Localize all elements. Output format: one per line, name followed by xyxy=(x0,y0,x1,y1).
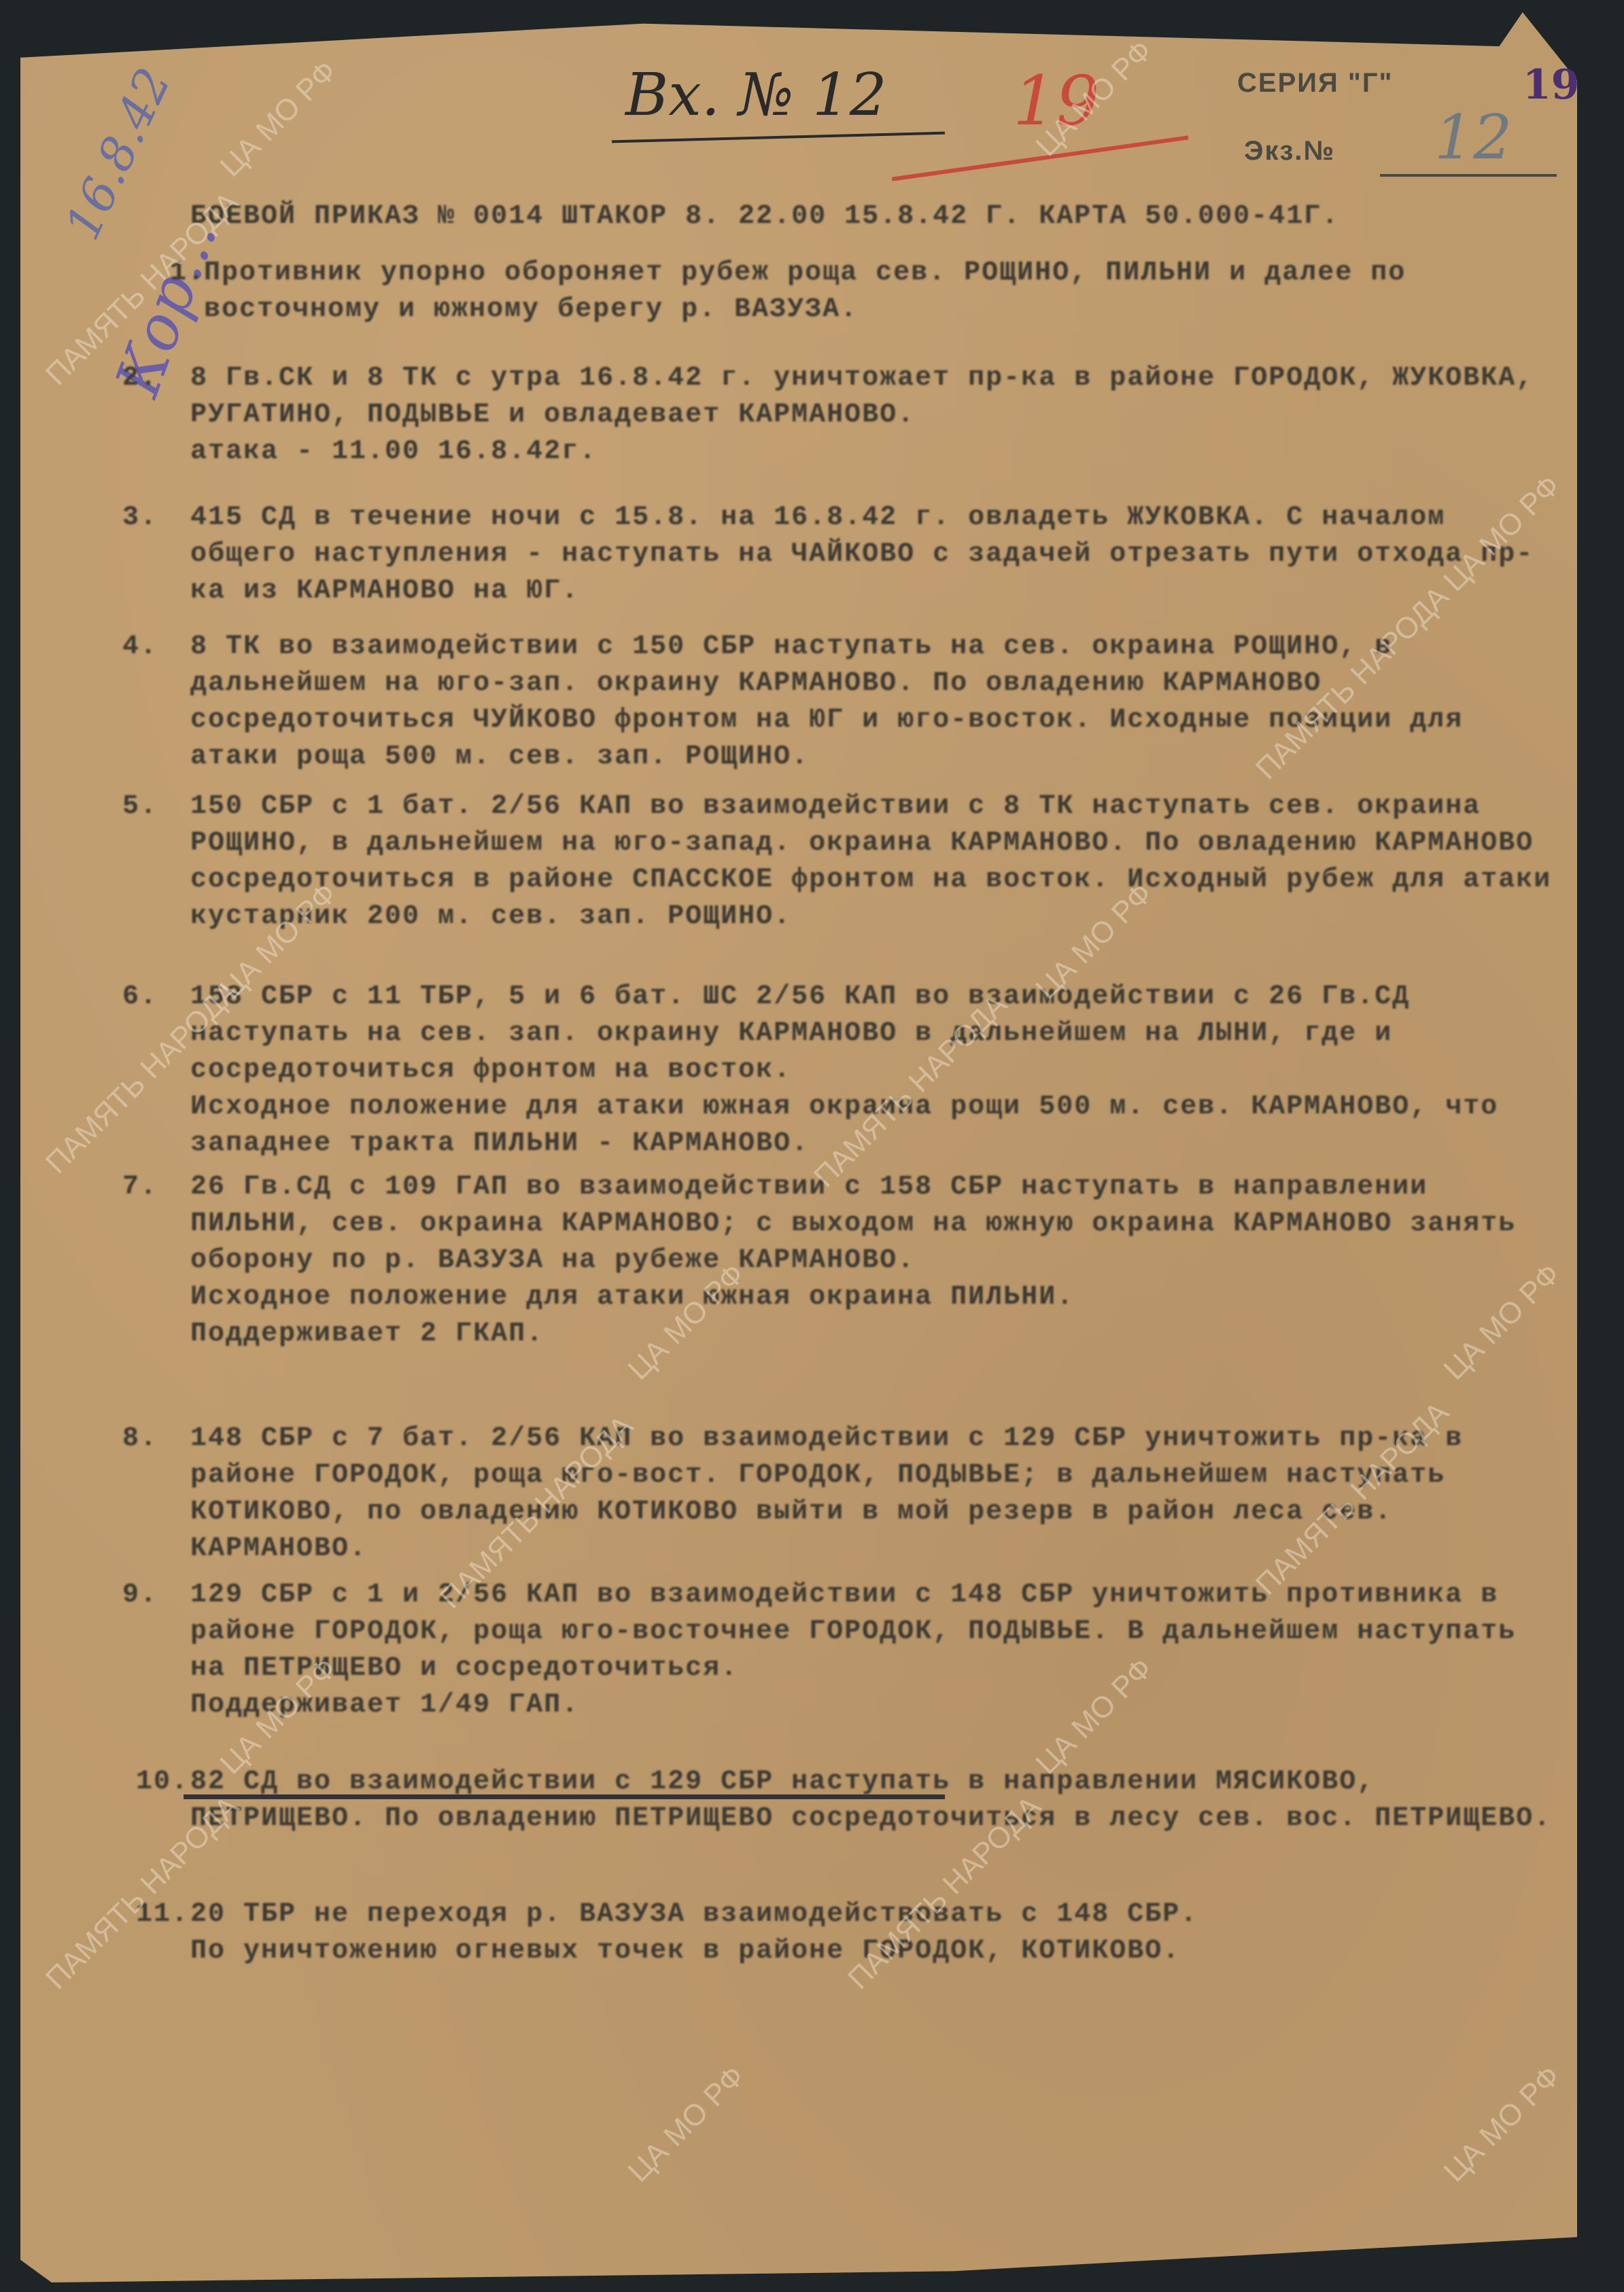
paragraph-text: Противник упорно обороняет рубеж роща се… xyxy=(204,255,1556,328)
copy-number: 12 xyxy=(1434,102,1513,173)
order-title: БОЕВОЙ ПРИКАЗ № 0014 ШТАКОР 8. 22.00 15.… xyxy=(190,198,1556,235)
strike-underline xyxy=(184,1794,945,1799)
paragraph-text: 26 Гв.СД с 109 ГАП во взаимодействии с 1… xyxy=(190,1169,1556,1353)
paragraph-text: 150 СБР с 1 бат. 2/56 КАП во взаимодейст… xyxy=(190,788,1556,935)
paragraph-text: 415 СД в течение ночи с 15.8. на 16.8.42… xyxy=(190,500,1556,610)
paragraph-text: 129 СБР с 1 и 2/56 КАП во взаимодействии… xyxy=(190,1577,1556,1724)
copy-label: Экз.№ xyxy=(1244,136,1335,167)
paragraph-text: 8 Гв.СК и 8 ТК с утра 16.8.42 г. уничтож… xyxy=(190,360,1556,470)
series-label: СЕРИЯ "Г" xyxy=(1237,68,1393,99)
paragraph-text: 82 СД во взаимодействии с 129 СБР наступ… xyxy=(190,1764,1556,1837)
incoming-reference: Вх. № 12 xyxy=(625,61,887,129)
copy-underline xyxy=(1380,174,1557,177)
series-stamp-number: 19 xyxy=(1523,61,1580,109)
